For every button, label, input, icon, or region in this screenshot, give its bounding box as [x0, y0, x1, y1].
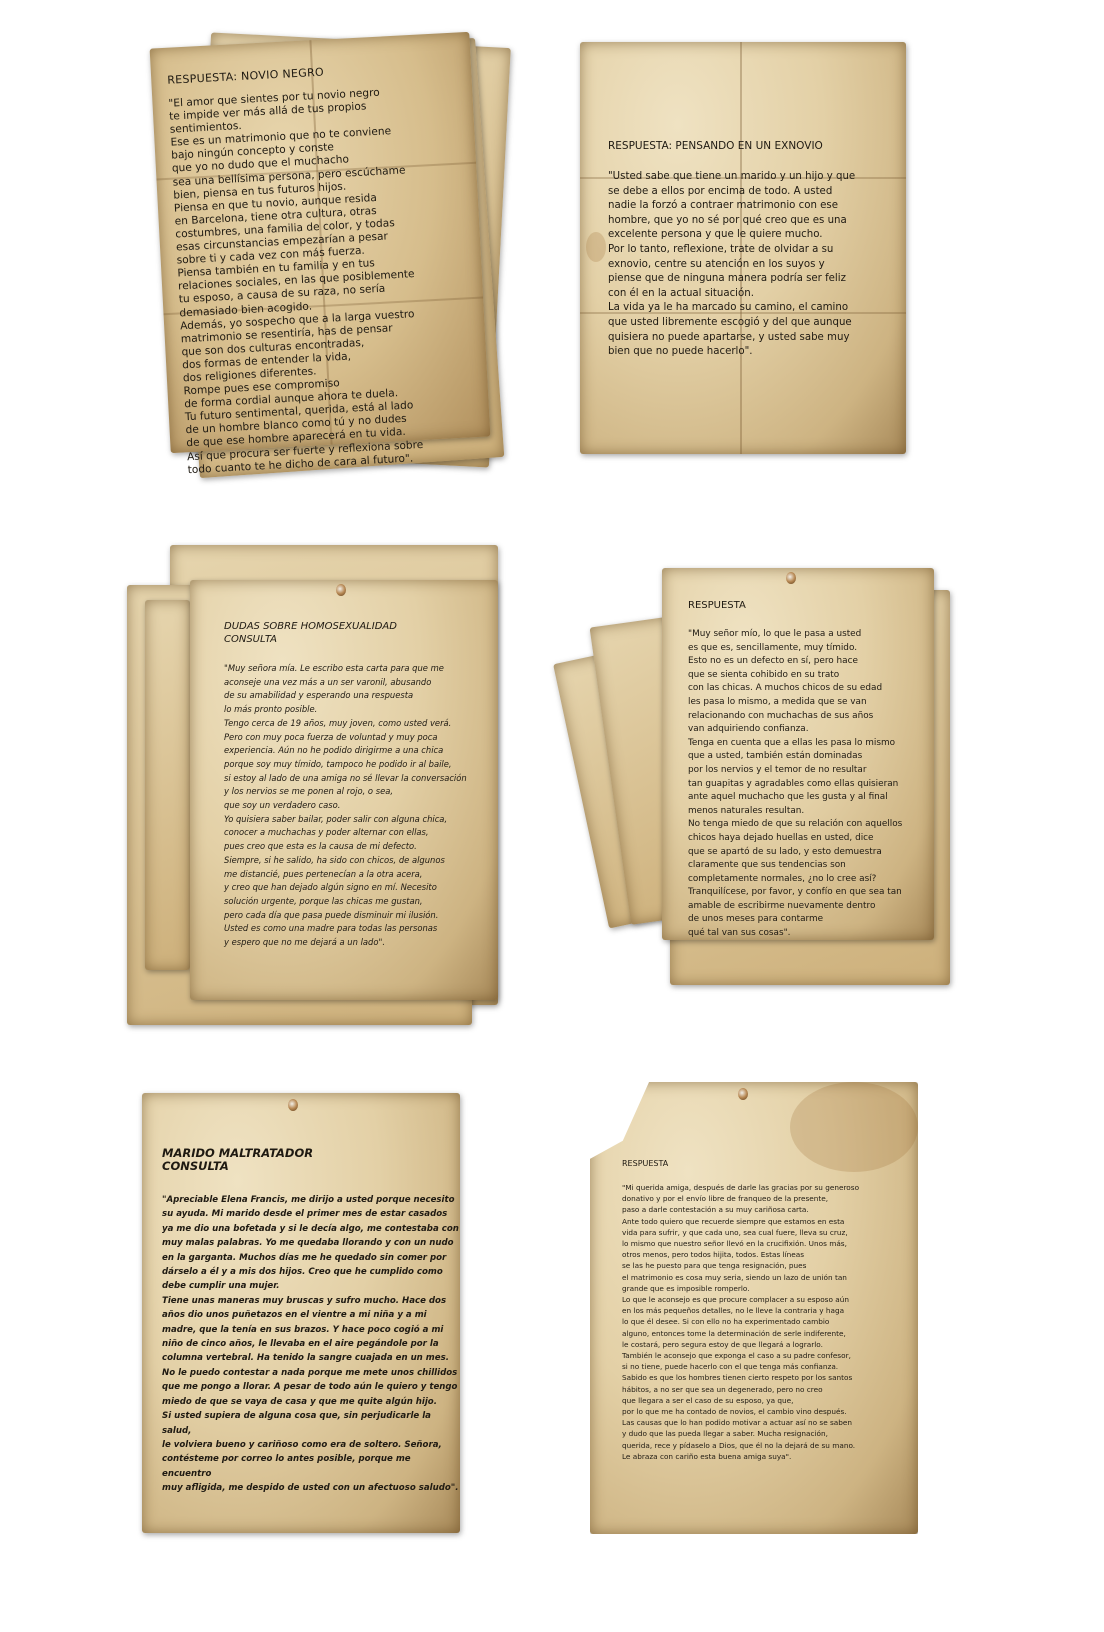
letter-pensando-exnovio: RESPUESTA: PENSANDO EN UN EXNOVIO "Usted… — [580, 42, 906, 454]
letter-marido-maltratador: MARIDO MALTRATADOR CONSULTA "Apreciable … — [142, 1093, 460, 1533]
paper-sheet: DUDAS SOBRE HOMOSEXUALIDAD CONSULTA "Muy… — [190, 580, 498, 1000]
letter-title: DUDAS SOBRE HOMOSEXUALIDAD CONSULTA — [224, 620, 397, 646]
letter-respuesta-resignacion: RESPUESTA "Mi querida amiga, después de … — [590, 1082, 918, 1534]
letter-title: RESPUESTA — [688, 600, 746, 611]
paper-sheet: RESPUESTA: NOVIO NEGRO "El amor que sien… — [150, 32, 491, 453]
nail-hole-icon — [738, 1088, 748, 1100]
paper-sheet: RESPUESTA "Muy señor mío, lo que le pasa… — [662, 568, 934, 940]
nail-hole-icon — [786, 572, 796, 584]
letter-body: "Muy señora mía. Le escribo esta carta p… — [224, 662, 467, 950]
letter-body: "Apreciable Elena Francis, me dirijo a u… — [162, 1193, 460, 1496]
letter-title: MARIDO MALTRATADOR CONSULTA — [162, 1147, 313, 1173]
letter-body: "Muy señor mío, lo que le pasa a usted e… — [688, 628, 902, 941]
nail-hole-icon — [288, 1099, 298, 1111]
letter-body: "Usted sabe que tiene un marido y un hij… — [608, 170, 855, 360]
letter-title: RESPUESTA: NOVIO NEGRO — [167, 66, 324, 87]
letter-body: "El amor que sientes por tu novio negro … — [168, 85, 424, 477]
letter-body: "Mi querida amiga, después de darle las … — [622, 1182, 859, 1462]
stain — [790, 1082, 918, 1172]
paper-sheet-back — [145, 600, 190, 970]
nail-hole-icon — [336, 584, 346, 596]
stain — [586, 232, 606, 262]
letter-title: RESPUESTA: PENSANDO EN UN EXNOVIO — [608, 140, 823, 152]
letter-title: RESPUESTA — [622, 1159, 668, 1168]
